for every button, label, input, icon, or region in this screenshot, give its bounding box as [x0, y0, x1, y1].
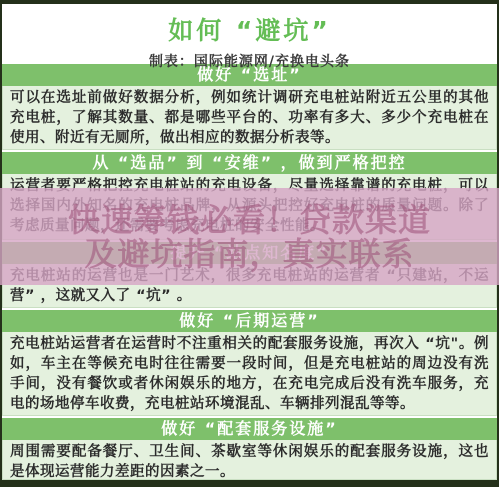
section-site-awareness: 提升 “站点知名度” 充电桩站的运营也是一门艺术，很多充电桩站的运营者 “只建站… [2, 242, 497, 308]
section-product-quality-control: 从 “选品” 到 “安维” ，做到严格把控 运营者要严格把控充电桩站的充电设备，… [2, 152, 497, 240]
section-heading-supporting-facilities: 做好 “配套服务设施” [2, 418, 497, 440]
section-body-site-awareness: 充电桩站的运营也是一门艺术，很多充电桩站的运营者 “只建站，不运营” ，这就又入… [2, 264, 497, 308]
section-supporting-facilities: 做好 “配套服务设施” 周围需要配备餐厅、卫生间、茶歇室等休闲娱乐的配套服务设施… [2, 418, 497, 480]
section-later-operation: 做好 “后期运营” 充电桩站运营者在运营时不注重相关的配套服务设施，再次入 “坑… [2, 310, 497, 416]
section-heading-site-awareness: 提升 “站点知名度” [2, 242, 497, 264]
infographic-poster: 如何 “避坑” 制表：国际能源网/充换电头条 做好 “选址” 可以在选址前做好数… [0, 0, 499, 487]
section-heading-site-selection: 做好 “选址” [2, 64, 497, 86]
section-site-selection: 做好 “选址” 可以在选址前做好数据分析，例如统计调研充电桩站附近五公里的其他充… [2, 64, 497, 150]
section-body-site-selection: 可以在选址前做好数据分析，例如统计调研充电桩站附近五公里的其他充电桩，了解其数量… [2, 86, 497, 150]
poster-header: 如何 “避坑” 制表：国际能源网/充换电头条 [2, 4, 497, 64]
poster-title: 如何 “避坑” [2, 4, 497, 47]
poster-content: 如何 “避坑” 制表：国际能源网/充换电头条 做好 “选址” 可以在选址前做好数… [2, 4, 497, 480]
section-body-supporting-facilities: 周围需要配备餐厅、卫生间、茶歇室等休闲娱乐的配套服务设施，这也是体现运营能力差距… [2, 440, 497, 480]
section-heading-later-operation: 做好 “后期运营” [2, 310, 497, 332]
section-body-later-operation: 充电桩站运营者在运营时不注重相关的配套服务设施，再次入 “坑"。例如，车主在等候… [2, 332, 497, 416]
section-body-product-quality-control: 运营者要严格把控充电桩站的充电设备，尽量选择靠谱的充电桩，可以选择国内外知名的充… [2, 174, 497, 240]
section-heading-product-quality-control: 从 “选品” 到 “安维” ，做到严格把控 [2, 152, 497, 174]
